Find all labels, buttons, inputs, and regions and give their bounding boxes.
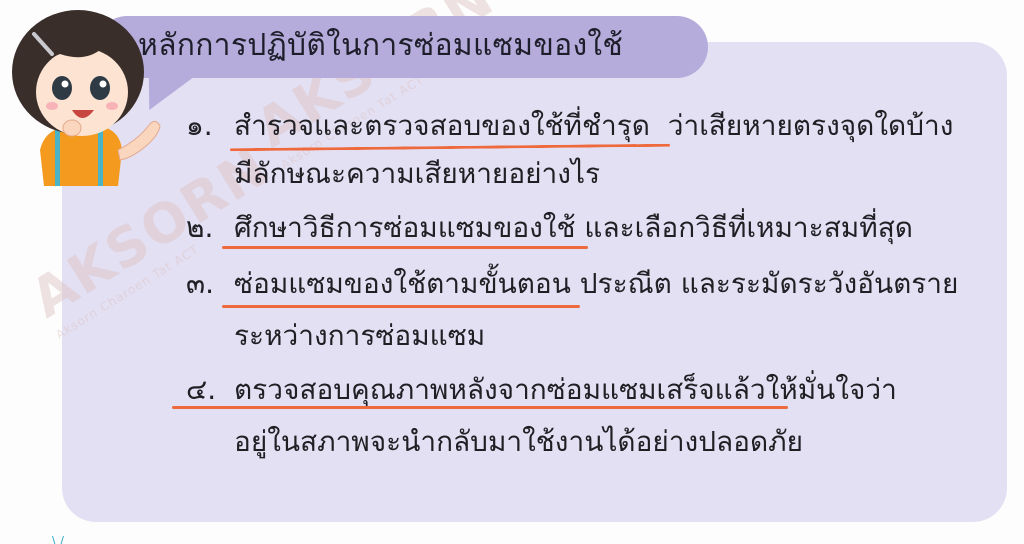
item-text: แล้วให้มั่นใจว่า: [715, 373, 897, 406]
list-item-4-line-2: อยู่ในสภาพจะนำกลับมาใช้งานได้อย่างปลอดภั…: [234, 420, 803, 464]
underline-stroke: [222, 305, 580, 308]
list-item-1-line-1: ๑.สำรวจและตรวจสอบของใช้ที่ชำรุด ว่าเสียห…: [186, 104, 953, 148]
item-number: ๓.: [186, 262, 234, 306]
item-underlined-text: ซ่อมแซมของใช้ตามขั้นตอน: [234, 267, 571, 300]
list-item-3-line-1: ๓.ซ่อมแซมของใช้ตามขั้นตอน ประณีต และระมั…: [186, 262, 958, 306]
item-number: ๒.: [186, 206, 234, 250]
list-item-1-line-2: มีลักษณะความเสียหายอย่างไร: [234, 152, 600, 196]
item-underlined-text: ศึกษาวิธีการซ่อมแซมของใช้: [234, 211, 576, 244]
item-text: ว่าเสียหายตรงจุดใดบ้าง: [650, 109, 953, 142]
item-text: และเลือกวิธีที่เหมาะสมที่สุด: [576, 211, 913, 244]
item-underlined-text: ตรวจสอบคุณภาพหลังจากซ่อมแซมเสร็จ: [234, 373, 715, 406]
page-title: หลักการปฏิบัติในการซ่อมแซมของใช้: [138, 22, 623, 69]
underline-stroke: [172, 406, 788, 409]
item-text: ประณีต และระมัดระวังอันตราย: [571, 267, 959, 300]
item-number: ๑.: [186, 104, 234, 148]
list-item-2-line-1: ๒.ศึกษาวิธีการซ่อมแซมของใช้ และเลือกวิธี…: [186, 206, 913, 250]
list-item-3-line-2: ระหว่างการซ่อมแซม: [234, 314, 485, 358]
item-underlined-text: สำรวจและตรวจสอบของใช้ที่ชำรุด: [234, 109, 650, 142]
underline-stroke: [222, 246, 588, 249]
sparkle-icon: \ /: [52, 534, 64, 544]
girl-character-illustration: [0, 0, 170, 200]
